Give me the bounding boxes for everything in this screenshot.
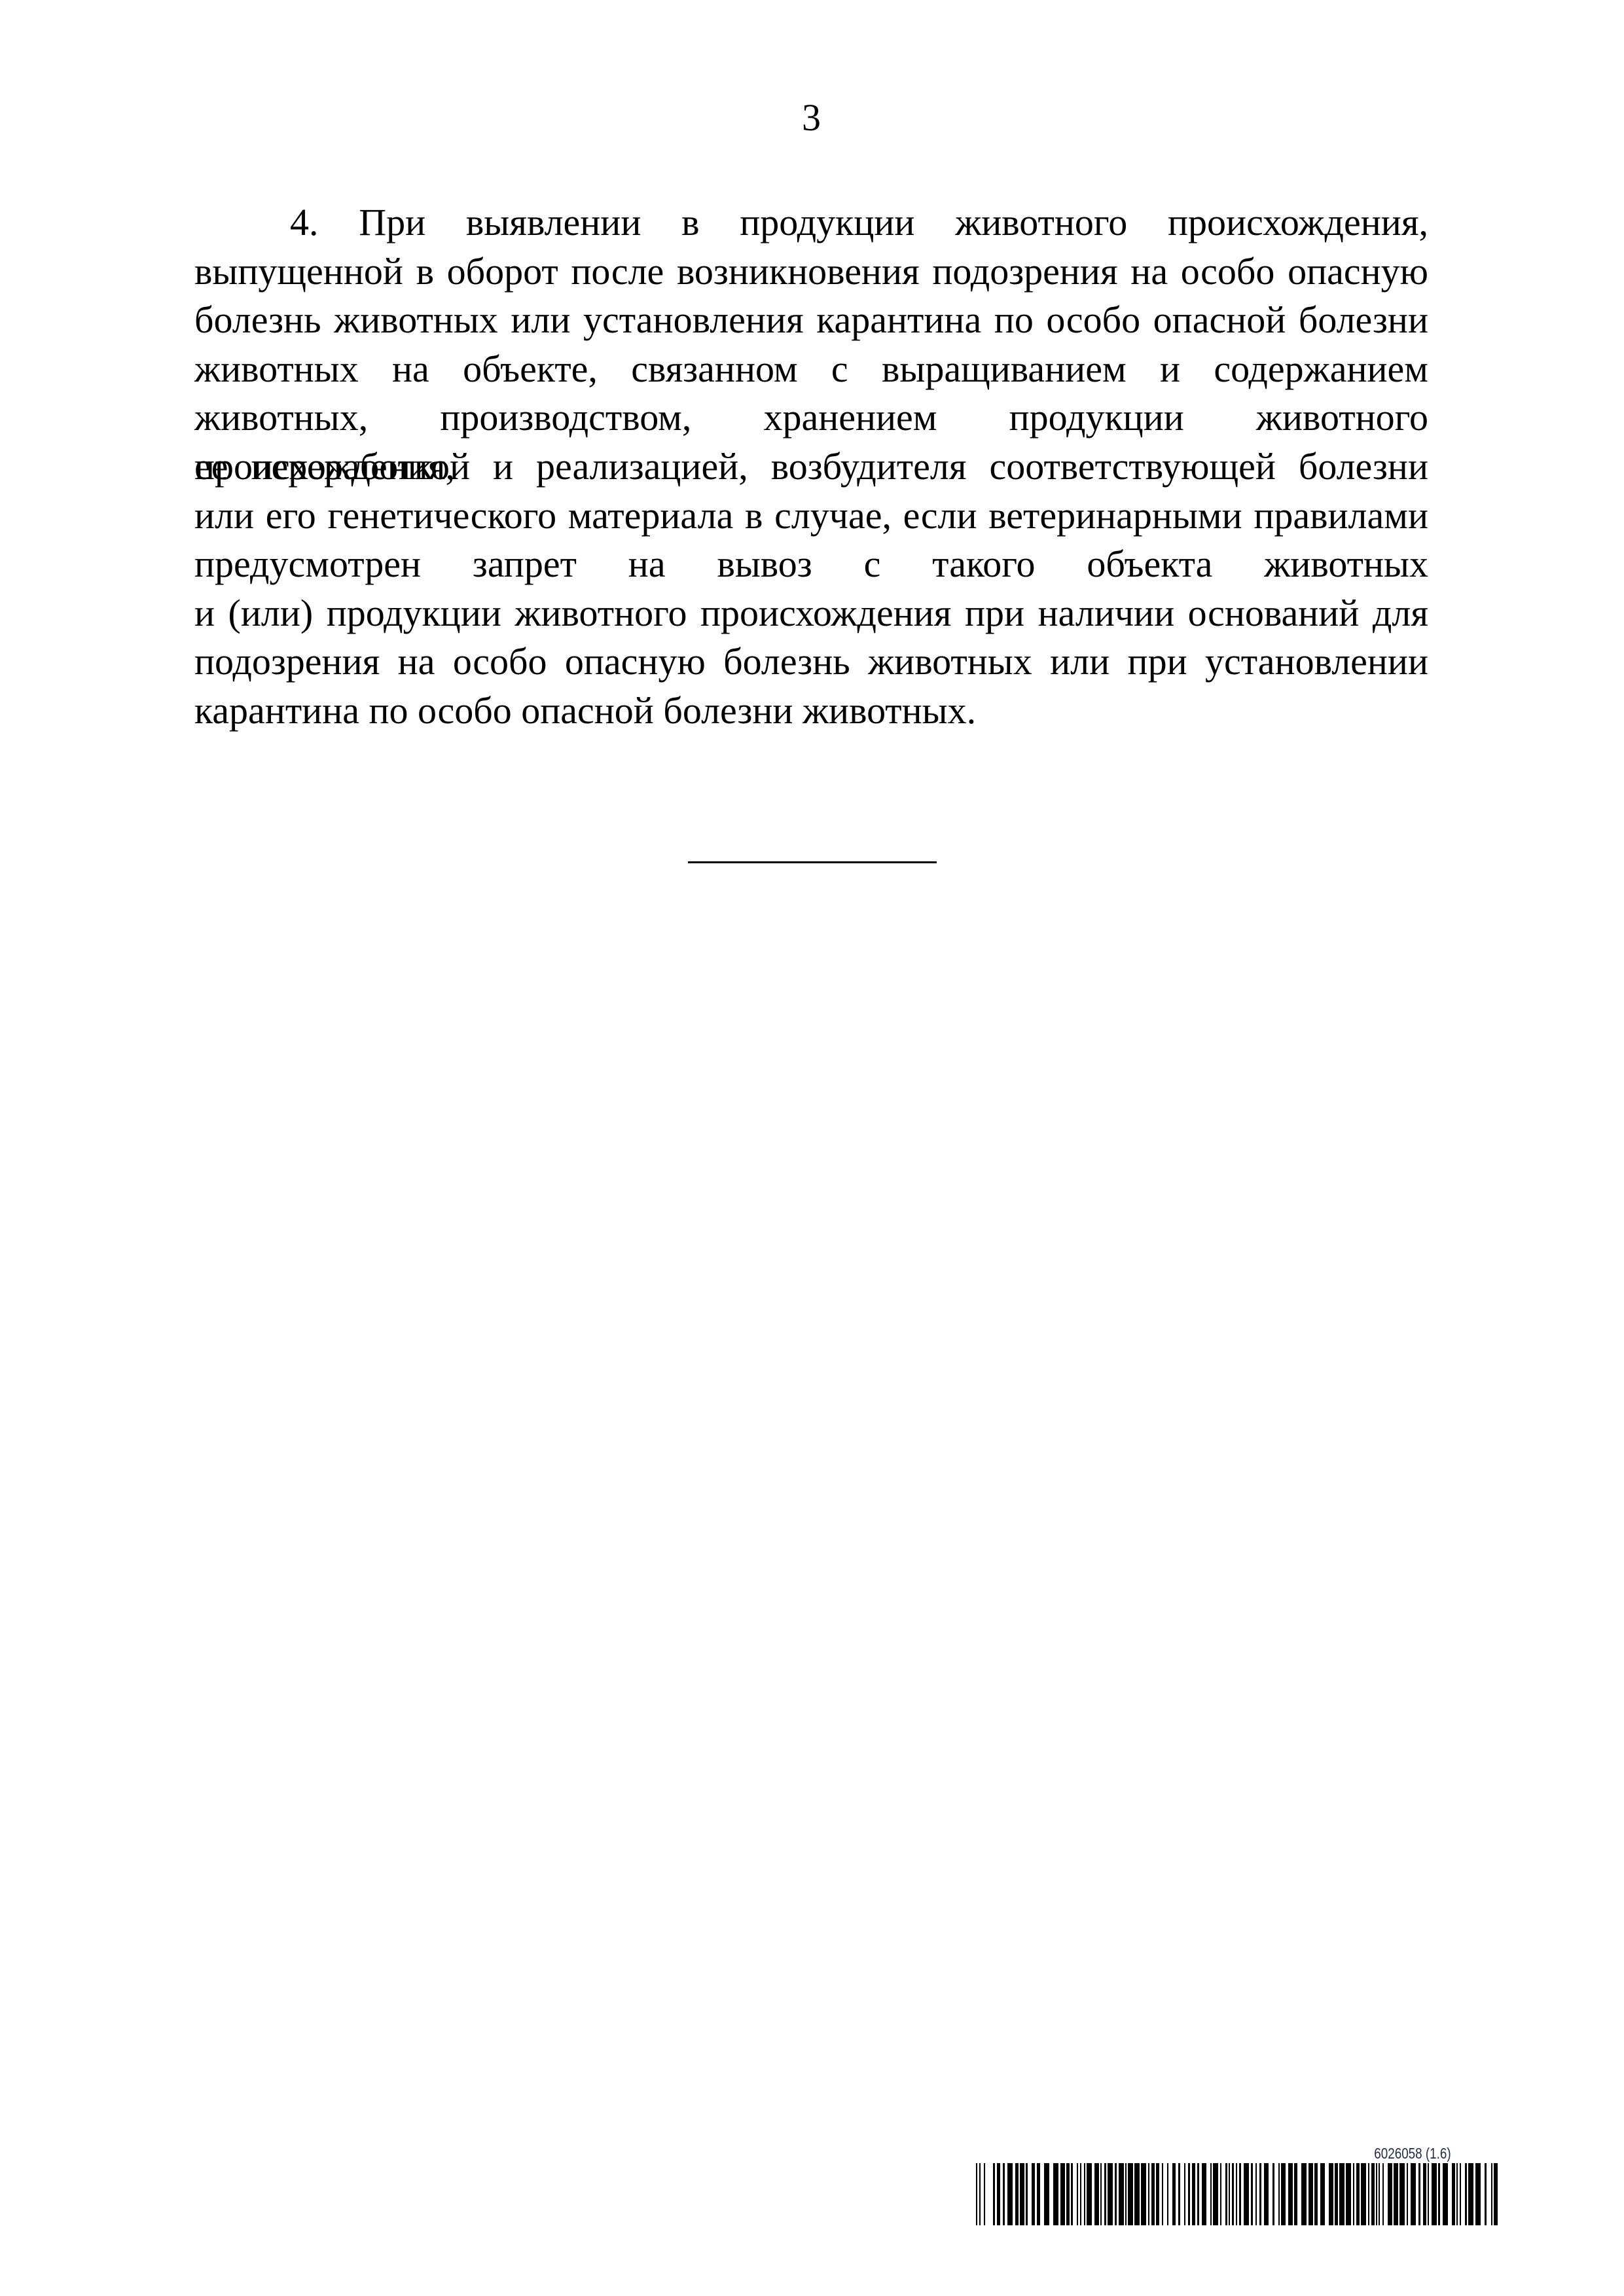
paragraph-line: или его генетического материала в случае… [194,492,1428,541]
paragraph-line: животных на объекте, связанном с выращив… [194,345,1428,394]
end-of-document-separator [688,861,937,863]
barcode [976,2163,1498,2225]
paragraph-line: 4. При выявлении в продукции животного п… [194,198,1428,247]
paragraph-line: животных, производством, хранением проду… [194,393,1428,442]
paragraph-line: и (или) продукции животного происхождени… [194,589,1428,638]
paragraph-line: болезнь животных или установления карант… [194,296,1428,345]
page-number: 3 [194,94,1428,143]
paragraph-line: подозрения на особо опасную болезнь живо… [194,637,1428,687]
barcode-bars [976,2163,1498,2225]
paragraph-line: предусмотрен запрет на вывоз с такого об… [194,540,1428,589]
paragraph-line: карантина по особо опасной болезни живот… [194,687,1428,736]
paragraph-item-4: 4. При выявлении в продукции животного п… [194,198,1428,736]
barcode-label: 6026058 (1.6) [1199,2145,1624,2162]
paragraph-line: ее переработкой и реализацией, возбудите… [194,442,1428,492]
paragraph-line: выпущенной в оборот после возникновения … [194,247,1428,296]
